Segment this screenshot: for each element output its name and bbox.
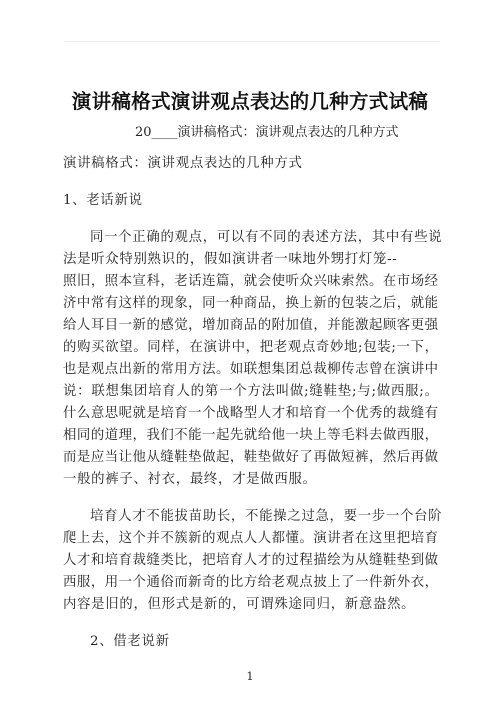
paragraph-2-line: 西服，用一个通俗而新奇的比方给老观点披上了一件新外衣， — [63, 571, 438, 590]
paragraph-1-line: 一般的裤子、衬衣，最终，才是做西服。 — [63, 468, 317, 487]
paragraph-1-line: 什么意思呢就是培育一个战略型人才和培育一个优秀的裁缝有 — [63, 402, 438, 421]
header-rule — [65, 41, 440, 42]
paragraph-1-line: 给人耳目一新的感觉，增加商品的附加值，并能激起顾客更强 — [63, 314, 438, 333]
paragraph-1-line: 而是应当让他从缝鞋垫做起，鞋垫做好了再做短裤，然后再做 — [63, 446, 438, 465]
paragraph-1-line: 的购买欲望。同样，在演讲中，把老观点奇妙地;包装;一下， — [63, 336, 438, 355]
paragraph-1-line: 法是听众特别熟识的，假如演讲者一味地外甥打灯笼-- — [63, 248, 398, 267]
section-heading-2: 2、借老说新 — [90, 630, 170, 649]
document-title: 演讲稿格式演讲观点表达的几种方式试稿 — [0, 86, 500, 114]
paragraph-2-line: 内容是旧的，但形式是新的，可谓殊途同归，新意盎然。 — [63, 593, 415, 612]
paragraph-1-line: 说：联想集团培育人的第一个方法叫做;缝鞋垫;与;做西服;。 — [63, 380, 438, 399]
paragraph-1-line: 也是观点出新的常用方法。如联想集团总裁柳传志曾在演讲中 — [63, 358, 438, 377]
document-subtitle: 20____演讲稿格式：演讲观点表达的几种方式 — [135, 121, 399, 140]
paragraph-2-line: 人才和培育裁缝类比，把培育人才的过程描绘为从缝鞋垫到做 — [63, 549, 438, 568]
intro-line: 演讲稿格式：演讲观点表达的几种方式 — [63, 152, 303, 171]
paragraph-1-line: 济中常有这样的现象，同一种商品，换上新的包装之后，就能 — [63, 292, 438, 311]
paragraph-1-line: 照旧，照本宣科，老话连篇，就会使听众兴味索然。在市场经 — [63, 270, 438, 289]
paragraph-1-line: 相同的道理，我们不能一起先就给他一块上等毛料去做西服， — [63, 424, 438, 443]
paragraph-2-line: 爬上去，这个并不簇新的观点人人都懂。演讲者在这里把培育 — [63, 527, 438, 546]
section-heading-1: 1、老话新说 — [63, 189, 143, 208]
page-number: 1 — [0, 670, 500, 683]
paragraph-1-line: 同一个正确的观点，可以有不同的表述方法，其中有些说 — [90, 226, 442, 245]
paragraph-2-line: 培育人才不能拔苗助长，不能操之过急，要一步一个台阶 — [90, 505, 442, 524]
